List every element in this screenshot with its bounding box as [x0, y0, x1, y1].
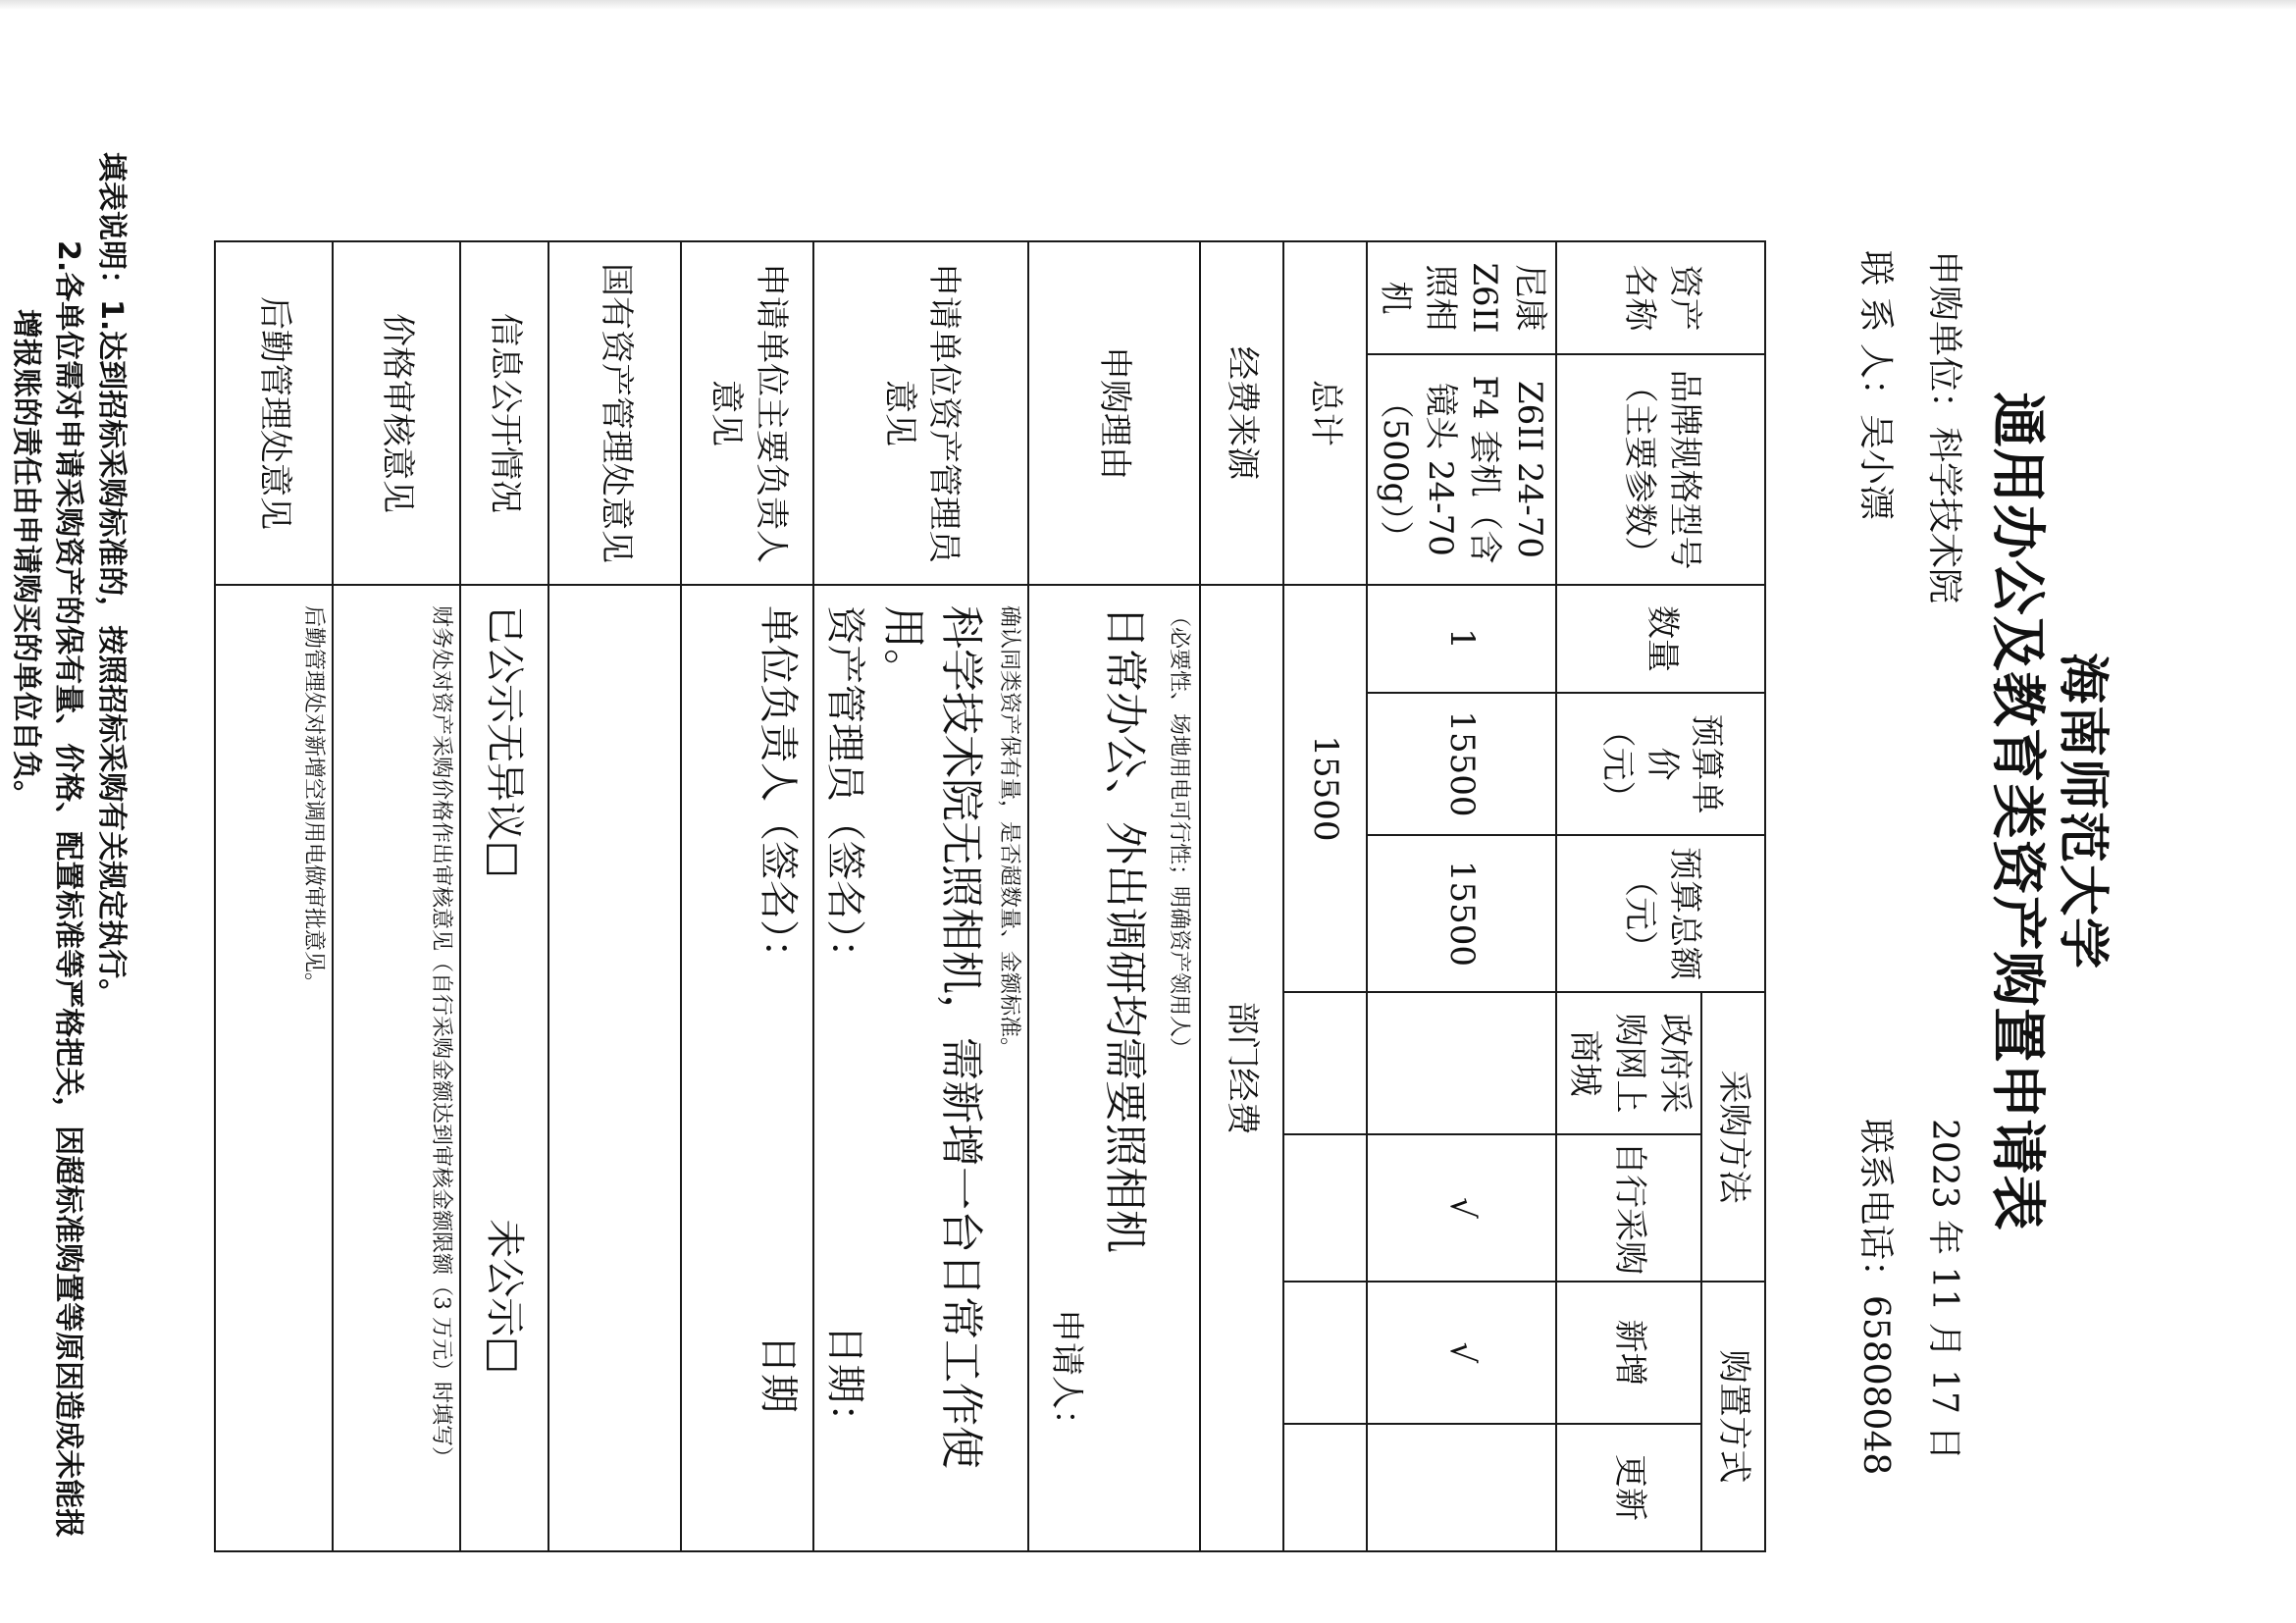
price-review-hint: 财务处对资产采购价格作出审核意见（自行采购金额达到审核金额限额（3 万元）时填写…: [427, 605, 456, 1531]
disclosure-unpublished-option[interactable]: 未公示□: [478, 1219, 531, 1531]
table-row: 尼康 Z6II 照相机 Z6II 24-70 F4 套机（含镜头 24-70（5…: [1367, 241, 1557, 1551]
total-empty-1: [1283, 992, 1367, 1134]
item-type-new-check: √: [1367, 1282, 1557, 1424]
state-asset-value: [548, 585, 681, 1551]
item-brand-spec: Z6II 24-70 F4 套机（含镜头 24-70（500g））: [1367, 354, 1557, 585]
logistics-row: 后勤管理处意见 后勤管理处对新增空调用电做审批意见。: [215, 241, 333, 1551]
form-title: 通用办公及教育类资产购置申请表: [1982, 0, 2061, 1623]
col-total: 预算总额（元）: [1556, 835, 1765, 992]
notes-line-1: 填表说明：1.达到招标采购标准的，按照招标采购有关规定执行。: [90, 152, 133, 1575]
form-notes: 填表说明：1.达到招标采购标准的，按照招标采购有关规定执行。 2.各单位需对申请…: [5, 152, 133, 1575]
unit-head-date: 日期: [752, 1335, 805, 1531]
note-3: 增报账的责任由申请购买的单位自负。: [5, 152, 48, 1575]
col-method-gov: 政府采购网上商城: [1556, 992, 1701, 1134]
total-row: 总计 15500: [1283, 241, 1367, 1551]
notes-label: 填表说明：: [94, 152, 129, 299]
contact-value: 吴小漂: [1855, 414, 1896, 520]
item-unit-price: 15500: [1367, 693, 1557, 835]
rotated-form-page: 海南师范大学 通用办公及教育类资产购置申请表 申购单位：科学技术院 2023 年…: [0, 0, 2296, 1623]
asset-admin-sign-row: 资产管理员（签名）： 日期：: [818, 605, 871, 1531]
col-asset-name: 资产名称: [1556, 241, 1765, 354]
note-1: 1.达到招标采购标准的，按照招标采购有关规定执行。: [94, 299, 129, 1008]
university-name: 海南师范大学: [2051, 0, 2124, 1623]
application-table: 资产名称 品牌规格型号（主要参数） 数量 预算单价（元） 预算总额（元） 采购方…: [214, 240, 1766, 1552]
contact-label: 联 系 人：: [1855, 250, 1896, 414]
reason-text: 日常办公、外出调研均需要照相机: [1096, 605, 1154, 1531]
col-brand-spec-label: 品牌规格型号: [1661, 361, 1706, 578]
logistics-cell: 后勤管理处对新增空调用电做审批意见。: [215, 585, 333, 1551]
price-review-cell: 财务处对资产采购价格作出审核意见（自行采购金额达到审核金额限额（3 万元）时填写…: [333, 585, 460, 1551]
applicant-unit-value: 科学技术院: [1924, 427, 1964, 603]
col-unit-price: 预算单价（元）: [1556, 693, 1765, 835]
state-asset-row: 国有资产管理处意见: [548, 241, 681, 1551]
funding-value: 部门经费: [1200, 585, 1283, 1551]
col-unit-price-label: 预算单价: [1639, 700, 1729, 828]
asset-admin-row: 申请单位资产管理员意见 确认同类资产保有量，是否超数量、金额标准。 科学技术院无…: [813, 241, 1027, 1551]
asset-admin-hint: 确认同类资产保有量，是否超数量、金额标准。: [994, 605, 1023, 1531]
col-type-new: 新增: [1556, 1282, 1701, 1424]
asset-admin-date: 日期：: [818, 1325, 871, 1531]
item-type-replace: [1367, 1424, 1557, 1551]
note-2: 2.各单位需对申请采购资产的保有量、价格、配置标准等严格把关，因超标准购置等原因…: [47, 152, 90, 1575]
col-purchase-method: 采购方法: [1701, 992, 1765, 1282]
col-method-self: 自行采购: [1556, 1134, 1701, 1282]
reason-row: 申购理由 （必要性、场地用电可行性；明确资产领用人） 日常办公、外出调研均需要照…: [1028, 241, 1200, 1551]
price-review-row: 价格审核意见 财务处对资产采购价格作出审核意见（自行采购金额达到审核金额限额（3…: [333, 241, 460, 1551]
unit-head-signer: 单位负责人（签名）：: [752, 605, 805, 978]
disclosure-published-option[interactable]: 已公示无异议□: [478, 605, 531, 878]
logistics-hint: 后勤管理处对新增空调用电做审批意见。: [299, 605, 329, 1531]
item-quantity: 1: [1367, 585, 1557, 693]
total-empty-2: [1283, 1134, 1367, 1282]
logistics-label: 后勤管理处意见: [215, 241, 333, 585]
col-unit-price-sub: （元）: [1593, 700, 1639, 828]
disclosure-row: 信息公开情况 已公示无异议□ 未公示□: [460, 241, 548, 1551]
col-type-replace: 更新: [1556, 1424, 1701, 1551]
asset-admin-text: 科学技术院无照相机，需新增一台日常工作使用。: [873, 605, 990, 1531]
total-empty-4: [1283, 1424, 1367, 1551]
contact-phone: 联系电话：65808048: [1853, 1119, 1904, 1475]
total-empty-3: [1283, 1282, 1367, 1424]
header-row-1: 资产名称 品牌规格型号（主要参数） 数量 预算单价（元） 预算总额（元） 采购方…: [1701, 241, 1765, 1551]
item-method-self-check: √: [1367, 1134, 1557, 1282]
col-total-sub: （元）: [1616, 842, 1661, 985]
applicant-unit-label: 申购单位：: [1924, 250, 1964, 427]
unit-head-label: 申请单位主要负责人意见: [681, 241, 813, 585]
funding-label: 经费来源: [1200, 241, 1283, 585]
item-total: 15500: [1367, 835, 1557, 992]
asset-admin-cell: 确认同类资产保有量，是否超数量、金额标准。 科学技术院无照相机，需新增一台日常工…: [813, 585, 1027, 1551]
item-method-gov: [1367, 992, 1557, 1134]
asset-admin-signer: 资产管理员（签名）：: [818, 605, 871, 978]
price-review-label: 价格审核意见: [333, 241, 460, 585]
reason-label: 申购理由: [1028, 241, 1200, 585]
col-total-label: 预算总额: [1661, 842, 1706, 985]
disclosure-options: 已公示无异议□ 未公示□: [478, 605, 531, 1531]
disclosure-label: 信息公开情况: [460, 241, 548, 585]
asset-admin-label: 申请单位资产管理员意见: [813, 241, 1027, 585]
unit-head-sign-row: 单位负责人（签名）： 日期: [752, 605, 805, 1531]
form-date: 2023 年 11 月 17 日: [1922, 1119, 1972, 1460]
col-brand-spec: 品牌规格型号（主要参数）: [1556, 354, 1765, 585]
reason-signer: 申请人：: [1043, 605, 1088, 1531]
state-asset-label: 国有资产管理处意见: [548, 241, 681, 585]
funding-row: 经费来源 部门经费: [1200, 241, 1283, 1551]
applicant-unit: 申购单位：科学技术院: [1922, 250, 1972, 603]
unit-head-cell: 单位负责人（签名）： 日期: [681, 585, 813, 1551]
col-quantity: 数量: [1556, 585, 1765, 693]
total-label: 总计: [1283, 241, 1367, 585]
unit-head-row: 申请单位主要负责人意见 单位负责人（签名）： 日期: [681, 241, 813, 1551]
phone-label: 联系电话：: [1855, 1119, 1896, 1295]
contact-person: 联 系 人：吴小漂: [1853, 250, 1904, 520]
total-value: 15500: [1283, 585, 1367, 992]
phone-value: 65808048: [1855, 1295, 1896, 1475]
reason-cell: （必要性、场地用电可行性；明确资产领用人） 日常办公、外出调研均需要照相机 申请…: [1028, 585, 1200, 1551]
disclosure-cell: 已公示无异议□ 未公示□: [460, 585, 548, 1551]
col-brand-spec-sub: （主要参数）: [1616, 361, 1661, 578]
col-acquire-type: 购置方式: [1701, 1282, 1765, 1551]
item-asset-name: 尼康 Z6II 照相机: [1367, 241, 1557, 354]
reason-hint: （必要性、场地用电可行性；明确资产领用人）: [1164, 605, 1193, 1531]
